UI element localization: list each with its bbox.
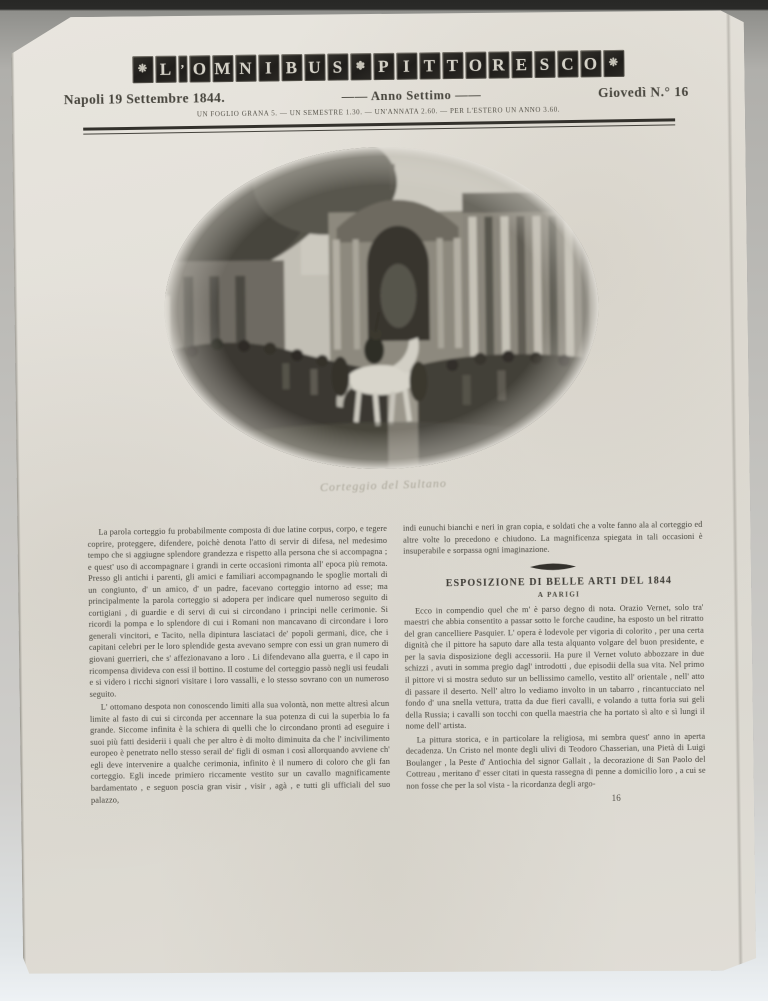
masthead-tile: P — [373, 53, 394, 80]
dateline-issue-number: Giovedì N.° 16 — [598, 84, 689, 101]
masthead-tile: U — [304, 54, 325, 81]
left-paragraph-1: La parola corteggio fu probabilmente com… — [87, 523, 389, 700]
masthead-tile: I — [258, 54, 279, 81]
masthead-tile: O — [465, 52, 486, 79]
masthead-tile: ❋ — [603, 50, 624, 77]
masthead-tile: ✽ — [350, 53, 371, 80]
photo-background: ❋L’OMNIBUS✽PITTORESCO❋ Napoli 19 Settemb… — [0, 0, 768, 1001]
article-right-column: indi eunuchi bianchi e neri in gran copi… — [403, 519, 706, 808]
masthead-tile: L — [155, 56, 176, 83]
masthead-tile: S — [534, 51, 555, 78]
masthead-tile: S — [327, 53, 348, 80]
newspaper-page: ❋L’OMNIBUS✽PITTORESCO❋ Napoli 19 Settemb… — [11, 8, 757, 980]
right-paragraph-2: Ecco in compendio quel che m' è parso de… — [404, 602, 705, 733]
article-columns: La parola corteggio fu probabilmente com… — [17, 518, 754, 813]
dateline-place-date: Napoli 19 Settembre 1844. — [64, 90, 225, 108]
masthead-tile: I — [396, 53, 417, 80]
masthead-tile: E — [511, 51, 532, 78]
masthead-tile: O — [580, 50, 601, 77]
section-divider-icon — [403, 560, 703, 572]
masthead-tile: N — [235, 55, 256, 82]
page-number: 16 — [526, 792, 706, 806]
right-paragraph-1: indi eunuchi bianchi e neri in gran copi… — [403, 519, 703, 558]
left-paragraph-2: L' ottomano despota non conoscendo limit… — [90, 698, 391, 806]
masthead-tile: R — [488, 51, 509, 78]
dateline-year-label: —— Anno Settimo —— — [342, 88, 482, 105]
masthead-tile: ❋ — [132, 56, 153, 83]
masthead-tile: C — [557, 50, 578, 77]
masthead-tile: O — [189, 55, 210, 82]
masthead-tile: T — [442, 52, 463, 79]
masthead-tile: B — [281, 54, 302, 81]
masthead-tile: ’ — [178, 56, 187, 83]
masthead-tile: T — [419, 52, 440, 79]
header-double-rule — [83, 118, 675, 134]
right-paragraph-3: La pittura storica, e in particolare la … — [406, 731, 706, 793]
masthead-tile: M — [212, 55, 233, 82]
article-left-column: La parola corteggio fu probabilmente com… — [87, 523, 390, 812]
engraving-wrap: Corteggio del Sultano — [12, 139, 750, 498]
engraving-image — [159, 141, 603, 475]
